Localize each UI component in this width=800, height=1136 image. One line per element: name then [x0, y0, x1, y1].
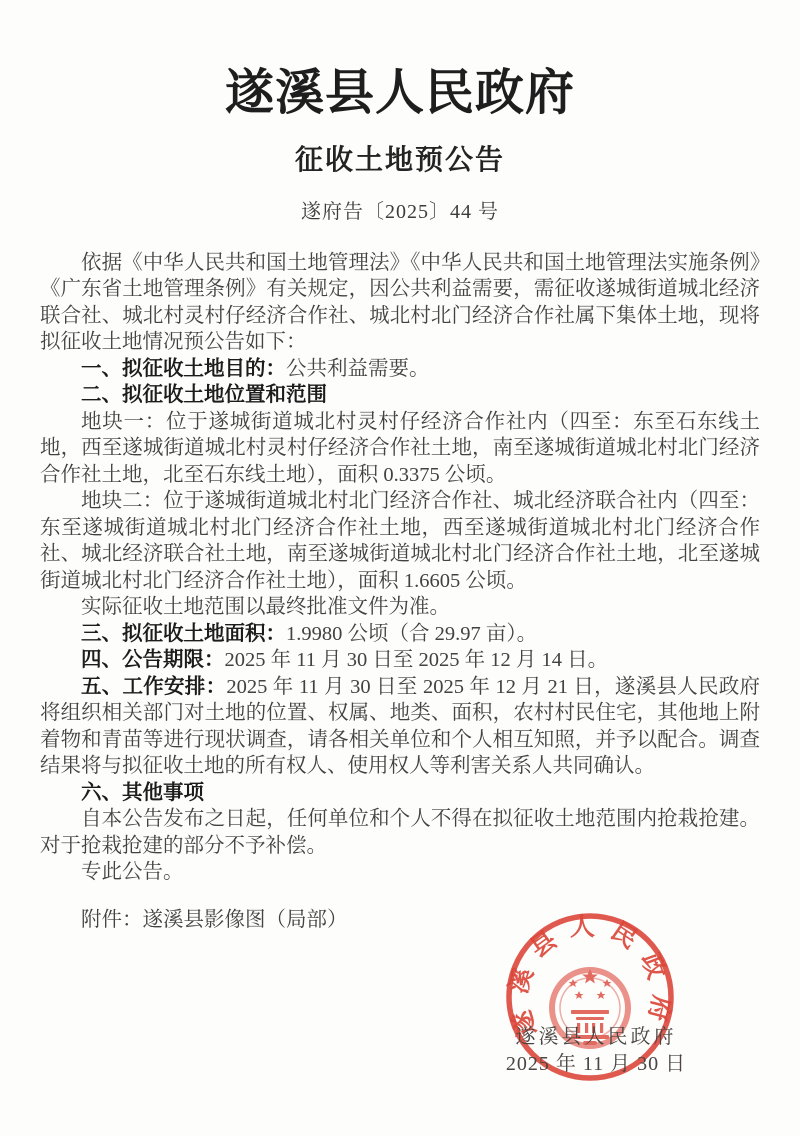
section-1: 一、拟征收土地目的：公共利益需要。 — [40, 356, 760, 383]
paragraph-text: 专此公告。 — [81, 861, 184, 883]
section-2-heading: 二、拟征收土地位置和范围 — [81, 383, 327, 406]
paragraph-other-matters: 自本公告发布之日起，任何单位和个人不得在拟征收土地范围内抢栽抢建。对于抢栽抢建的… — [40, 806, 760, 859]
section-4: 四、公告期限：2025 年 11 月 30 日至 2025 年 12 月 14 … — [40, 647, 760, 674]
doc-subtitle: 征收土地预公告 — [0, 138, 800, 178]
section-4-heading: 四、公告期限： — [81, 648, 225, 671]
page-title: 遂溪县人民政府 — [0, 0, 800, 121]
paragraph-closing: 专此公告。 — [40, 859, 760, 886]
paragraph-scope-note: 实际征收土地范围以最终批准文件为准。 — [40, 594, 760, 621]
document-body: 依据《中华人民共和国土地管理法》《中华人民共和国土地管理法实施条例》《广东省土地… — [40, 250, 760, 934]
section-4-text: 2025 年 11 月 30 日至 2025 年 12 月 14 日。 — [225, 649, 609, 671]
section-6: 六、其他事项 — [40, 780, 760, 807]
paragraph-text: 自本公告发布之日起，任何单位和个人不得在拟征收土地范围内抢栽抢建。对于抢栽抢建的… — [40, 808, 760, 857]
scanned-announcement-page: 遂溪县人民政府 征收土地预公告 遂府告〔2025〕44 号 依据《中华人民共和国… — [0, 0, 800, 1136]
paragraph-text: 地块一：位于遂城街道城北村灵村仔经济合作社内（四至：东至石东线土地，西至遂城街道… — [40, 411, 760, 486]
paragraph-text: 地块二：位于遂城街道城北村北门经济合作社、城北经济联合社内（四至：东至遂城街道城… — [40, 490, 760, 592]
paragraph-plot-2: 地块二：位于遂城街道城北村北门经济合作社、城北经济联合社内（四至：东至遂城街道城… — [40, 488, 760, 594]
section-5: 五、工作安排：2025 年 11 月 30 日至 2025 年 12 月 21 … — [40, 674, 760, 780]
paragraph-text: 依据《中华人民共和国土地管理法》《中华人民共和国土地管理法实施条例》《广东省土地… — [40, 252, 760, 354]
doc-number: 遂府告〔2025〕44 号 — [0, 195, 800, 224]
section-3: 三、拟征收土地面积：1.9980 公顷（合 29.97 亩）。 — [40, 621, 760, 648]
section-1-heading: 一、拟征收土地目的： — [81, 357, 286, 380]
section-3-text: 1.9980 公顷（合 29.97 亩）。 — [286, 623, 537, 645]
paragraph-legal-basis: 依据《中华人民共和国土地管理法》《中华人民共和国土地管理法实施条例》《广东省土地… — [40, 250, 760, 356]
attachment-text: 附件：遂溪县影像图（局部） — [81, 909, 348, 931]
section-3-heading: 三、拟征收土地面积： — [81, 622, 286, 645]
signature-date: 2025 年 11 月 30 日 — [490, 1047, 702, 1076]
paragraph-text: 实际征收土地范围以最终批准文件为准。 — [81, 596, 450, 618]
paragraph-plot-1: 地块一：位于遂城街道城北村灵村仔经济合作社内（四至：东至石东线土地，西至遂城街道… — [40, 409, 760, 489]
section-6-heading: 六、其他事项 — [81, 781, 204, 804]
section-2: 二、拟征收土地位置和范围 — [40, 382, 760, 409]
section-5-heading: 五、工作安排： — [81, 675, 226, 698]
signature-issuer: 遂溪县人民政府 — [498, 1020, 694, 1049]
section-1-text: 公共利益需要。 — [286, 358, 430, 380]
